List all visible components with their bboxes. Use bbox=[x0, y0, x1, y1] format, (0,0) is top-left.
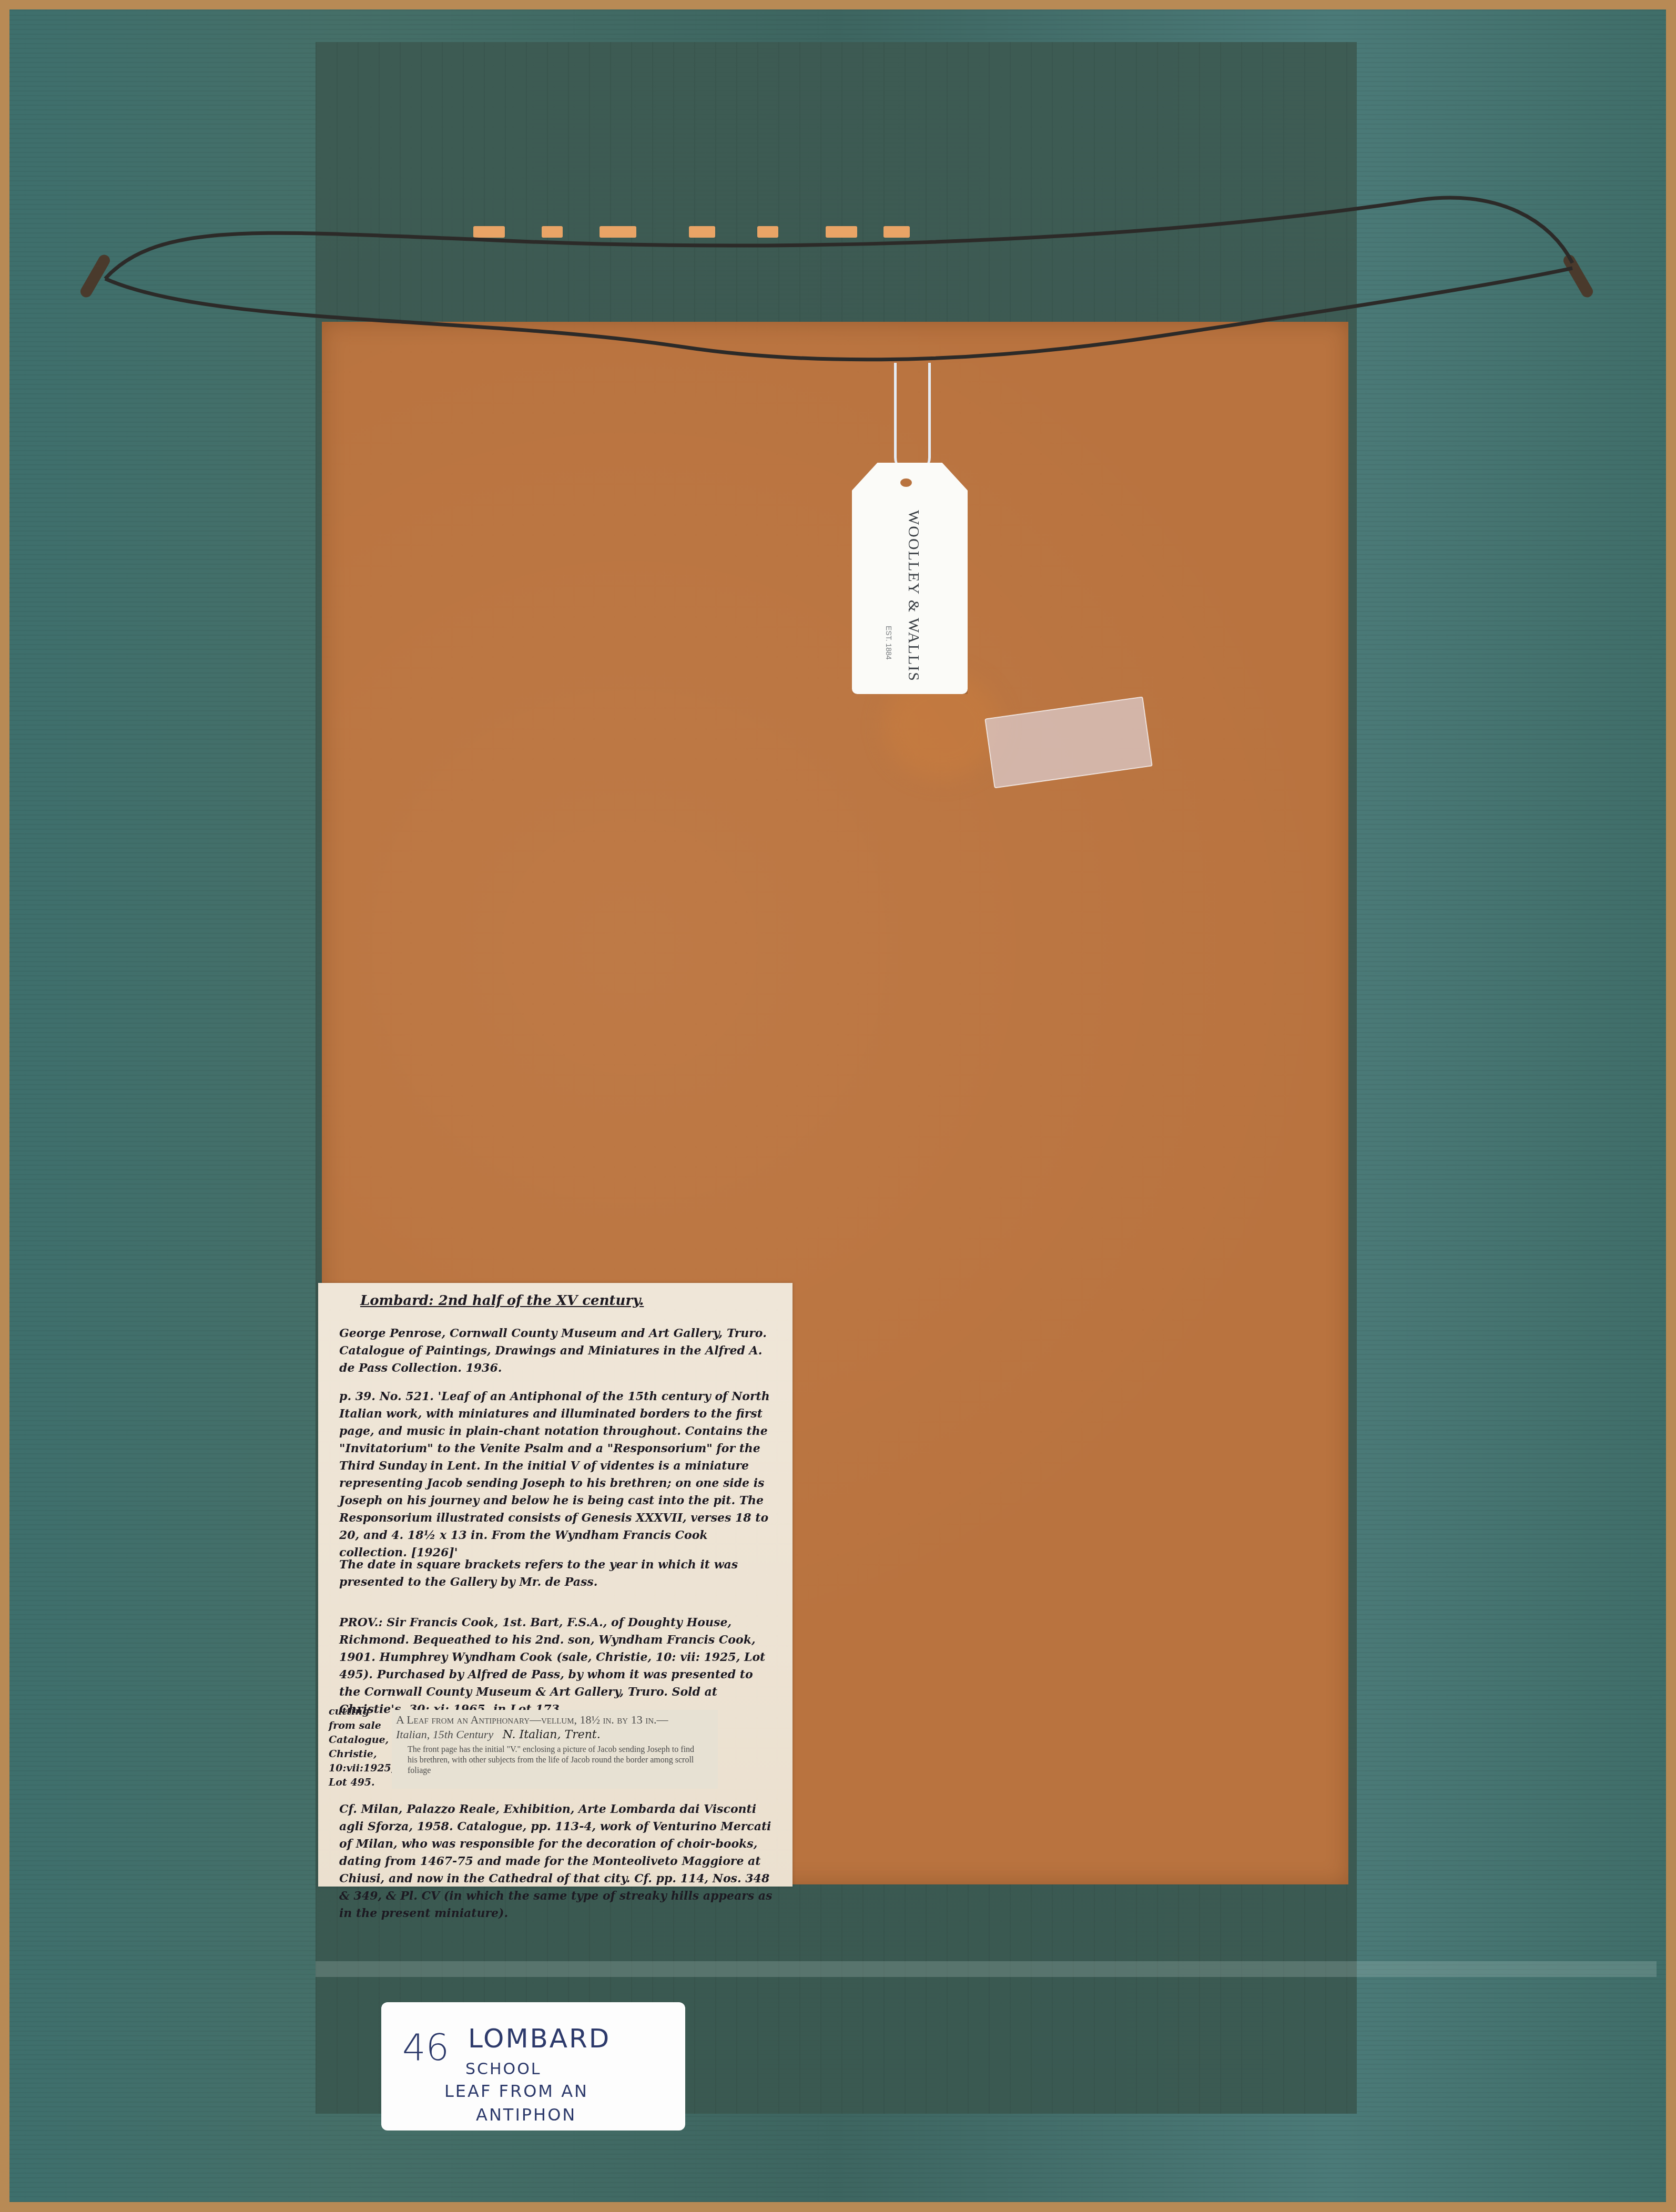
date-note: The date in square brackets refers to th… bbox=[339, 1556, 776, 1591]
auction-tag: WOOLLEY & WALLIS EST. 1884 bbox=[852, 463, 968, 694]
tag-hole bbox=[900, 478, 912, 487]
catalogue-reference: George Penrose, Cornwall County Museum a… bbox=[339, 1325, 776, 1377]
provenance-history: PROV.: Sir Francis Cook, 1st. Bart, F.S.… bbox=[339, 1614, 776, 1718]
handwritten-attribution: N. Italian, Trent. bbox=[503, 1728, 601, 1741]
lot-title-line2: ANTIPHON bbox=[476, 2105, 576, 2125]
lot-school-word: SCHOOL bbox=[465, 2060, 542, 2078]
torn-paper-strip bbox=[463, 221, 936, 252]
tag-string bbox=[894, 363, 931, 473]
catalogue-entry: p. 39. No. 521. 'Leaf of an Antiphonal o… bbox=[339, 1388, 776, 1562]
comparison-note: Cf. Milan, Palazzo Reale, Exhibition, Ar… bbox=[339, 1801, 776, 1922]
sale-catalogue-cutting: A Leaf from an Antiphonary—vellum, 18½ i… bbox=[392, 1710, 718, 1789]
provenance-heading: Lombard: 2nd half of the XV century. bbox=[360, 1292, 644, 1310]
lot-label: 46 LOMBARD SCHOOL LEAF FROM AN ANTIPHON bbox=[381, 2002, 685, 2131]
margin-note: cutting from sale Catalogue, Christie, 1… bbox=[329, 1705, 387, 1790]
lot-title-line1: LEAF FROM AN bbox=[444, 2081, 588, 2101]
provenance-label: Lombard: 2nd half of the XV century. Geo… bbox=[318, 1283, 793, 1887]
lot-number: 46 bbox=[402, 2026, 449, 2069]
paper-fold-line bbox=[316, 1961, 1657, 1977]
cutting-subtitle: Italian, 15th Century N. Italian, Trent. bbox=[392, 1727, 718, 1742]
auction-house-established: EST. 1884 bbox=[885, 626, 893, 660]
cutting-title: A Leaf from an Antiphonary—vellum, 18½ i… bbox=[392, 1710, 718, 1727]
cutting-description: The front page has the initial "V." encl… bbox=[392, 1742, 718, 1778]
lot-school: LOMBARD bbox=[468, 2023, 611, 2054]
auction-house-name: WOOLLEY & WALLIS bbox=[905, 510, 922, 682]
cutting-period: Italian, 15th Century bbox=[396, 1728, 493, 1741]
